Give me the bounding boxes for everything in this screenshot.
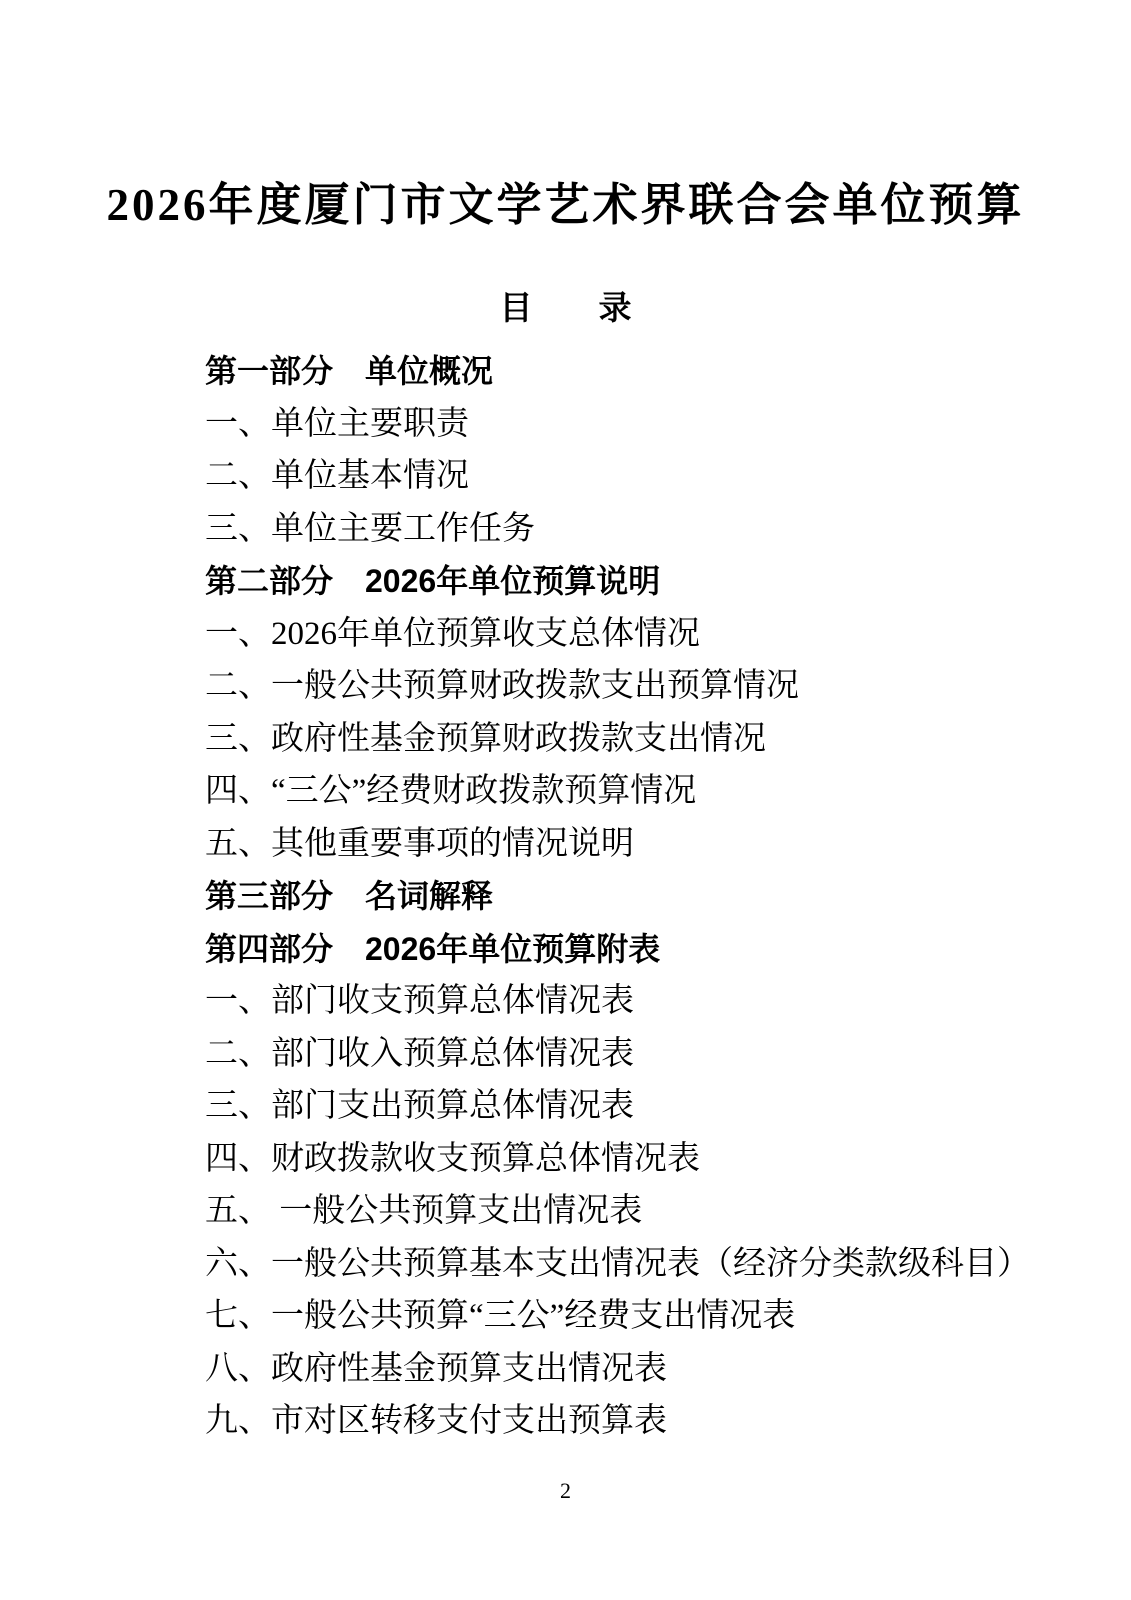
toc-item: 九、市对区转移支付支出预算表 — [205, 1395, 1101, 1448]
toc-item: 一、2026年单位预算收支总体情况 — [205, 608, 1101, 661]
toc-section-header: 第二部分 2026年单位预算说明 — [205, 555, 1101, 608]
toc-section-header: 第一部分 单位概况 — [205, 345, 1101, 398]
toc-item: 二、部门收入预算总体情况表 — [205, 1028, 1101, 1081]
toc-section-header: 第四部分 2026年单位预算附表 — [205, 923, 1101, 976]
toc-item: 三、部门支出预算总体情况表 — [205, 1080, 1101, 1133]
toc-item: 三、政府性基金预算财政拨款支出情况 — [205, 713, 1101, 766]
toc-item: 七、一般公共预算“三公”经费支出情况表 — [205, 1290, 1101, 1343]
toc-list: 第一部分 单位概况一、单位主要职责二、单位基本情况三、单位主要工作任务第二部分 … — [205, 345, 1101, 1448]
page-number: 2 — [0, 1478, 1131, 1504]
toc-section-header: 第三部分 名词解释 — [205, 870, 1101, 923]
toc-item: 三、单位主要工作任务 — [205, 503, 1101, 556]
toc-item: 五、其他重要事项的情况说明 — [205, 818, 1101, 871]
toc-item: 四、财政拨款收支预算总体情况表 — [205, 1133, 1101, 1186]
toc-item: 一、单位主要职责 — [205, 398, 1101, 451]
document-page: 2026年度厦门市文学艺术界联合会单位预算 目 录 第一部分 单位概况一、单位主… — [0, 0, 1131, 1600]
toc-item: 五、 一般公共预算支出情况表 — [205, 1185, 1101, 1238]
toc-heading: 目 录 — [0, 288, 1131, 328]
document-title: 2026年度厦门市文学艺术界联合会单位预算 — [0, 178, 1131, 232]
toc-item: 一、部门收支预算总体情况表 — [205, 975, 1101, 1028]
toc-item: 二、单位基本情况 — [205, 450, 1101, 503]
toc-item: 四、“三公”经费财政拨款预算情况 — [205, 765, 1101, 818]
toc-item: 八、政府性基金预算支出情况表 — [205, 1343, 1101, 1396]
toc-item: 六、一般公共预算基本支出情况表（经济分类款级科目） — [205, 1238, 1101, 1291]
toc-item: 二、一般公共预算财政拨款支出预算情况 — [205, 660, 1101, 713]
